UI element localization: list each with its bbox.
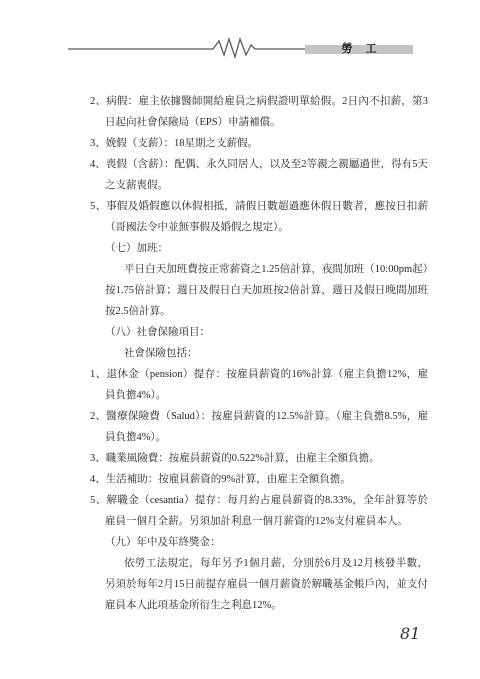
paragraph: 社會保險包括： (105, 343, 428, 364)
header-title: 勞 工 (336, 45, 381, 54)
paragraph: 平日白天加班費按正常薪資之1.25倍計算，夜間加班（10:00pm起）按1.75… (105, 259, 428, 322)
list-item: 5、事假及婚假應以休假相抵，請假日數超過應休假日數者，應按日扣薪（哥國法令中並無… (105, 196, 428, 238)
pulse-icon (68, 36, 308, 62)
list-item: 2、醫療保險費（Salud）：按雇員薪資的12.5%計算。（雇主負擔8.5%，雇… (105, 406, 428, 448)
list-item: 5、解職金（cesantia）提存：每月約占雇員薪資的8.33%，全年計算等於雇… (105, 490, 428, 532)
section-heading: （九）年中及年終獎金： (105, 532, 428, 553)
section-heading: （七）加班： (105, 238, 428, 259)
list-item: 2、病假：雇主依據醫師開給雇員之病假證明單給假。2日內不扣薪，第3日起向社會保險… (105, 91, 428, 133)
page-number: 81 (400, 624, 420, 643)
section-tab: 勞 工 (305, 45, 413, 54)
page: { "header": { "title": "勞 工" }, "footer"… (0, 0, 480, 679)
list-item: 1、退休金（pension）提存：按雇員薪資的16%計算（雇主負擔12%，雇員負… (105, 364, 428, 406)
list-item: 4、喪假（含薪）：配偶、永久同居人，以及至2等親之親屬過世，得有5天之支薪喪假。 (105, 154, 428, 196)
document-body: 2、病假：雇主依據醫師開給雇員之病假證明單給假。2日內不扣薪，第3日起向社會保險… (105, 91, 428, 616)
section-heading: （八）社會保險項目： (105, 322, 428, 343)
paragraph: 依勞工法規定，每年另予1個月薪，分別於6月及12月核發半數，另須於每年2月15日… (105, 553, 428, 616)
list-item: 3、職業風險費：按雇員薪資的0.522%計算，由雇主全額負擔。 (105, 448, 428, 469)
list-item: 4、生活補助：按雇員薪資的9%計算，由雇主全額負擔。 (105, 469, 428, 490)
list-item: 3、娩假（支薪）：18星期之支薪假。 (105, 133, 428, 154)
